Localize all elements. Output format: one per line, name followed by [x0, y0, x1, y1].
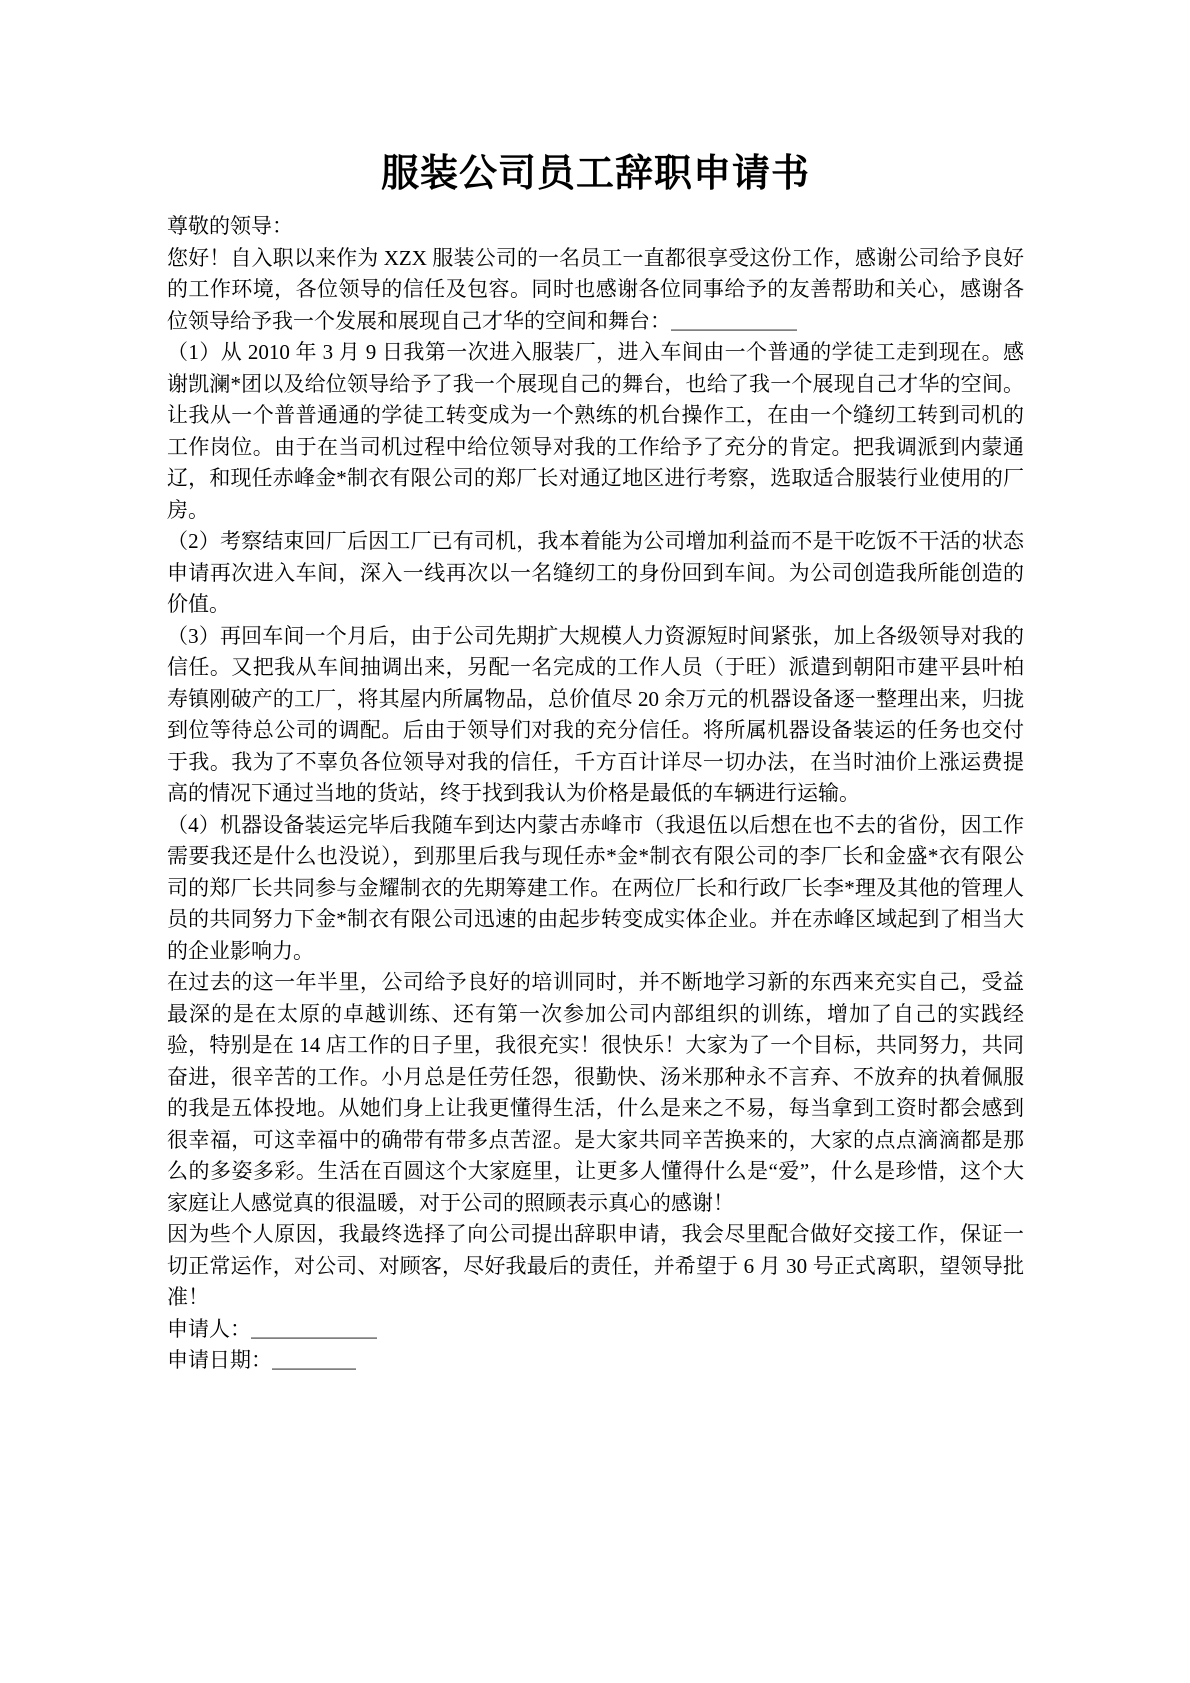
- signature-date-line: 申请日期：＿＿＿＿: [167, 1345, 1024, 1377]
- paragraph-point-2: （2）考察结束回厂后因工厂已有司机，我本着能为公司增加利益而不是干吃饭不干活的状…: [167, 526, 1024, 621]
- paragraph-point-4: （4）机器设备装运完毕后我随车到达内蒙古赤峰市（我退伍以后想在也不去的省份，因工…: [167, 810, 1024, 968]
- signature-applicant-line: 申请人：＿＿＿＿＿＿: [167, 1314, 1024, 1346]
- document-body: 尊敬的领导： 您好！自入职以来作为 XZX 服装公司的一名员工一直都很享受这份工…: [167, 211, 1024, 1377]
- paragraph-point-3: （3）再回车间一个月后，由于公司先期扩大规模人力资源短时间紧张，加上各级领导对我…: [167, 621, 1024, 810]
- document-page: 服装公司员工辞职申请书 尊敬的领导： 您好！自入职以来作为 XZX 服装公司的一…: [0, 0, 1190, 1683]
- paragraph-resignation-request: 因为些个人原因，我最终选择了向公司提出辞职申请，我会尽里配合做好交接工作，保证一…: [167, 1219, 1024, 1314]
- paragraph-point-1: （1）从 2010 年 3 月 9 日我第一次进入服装厂，进入车间由一个普通的学…: [167, 337, 1024, 526]
- paragraph-reflection: 在过去的这一年半里，公司给予良好的培训同时，并不断地学习新的东西来充实自己，受益…: [167, 967, 1024, 1219]
- document-title: 服装公司员工辞职申请书: [167, 150, 1024, 199]
- salutation: 尊敬的领导：: [167, 211, 1024, 243]
- paragraph-intro: 您好！自入职以来作为 XZX 服装公司的一名员工一直都很享受这份工作，感谢公司给…: [167, 243, 1024, 338]
